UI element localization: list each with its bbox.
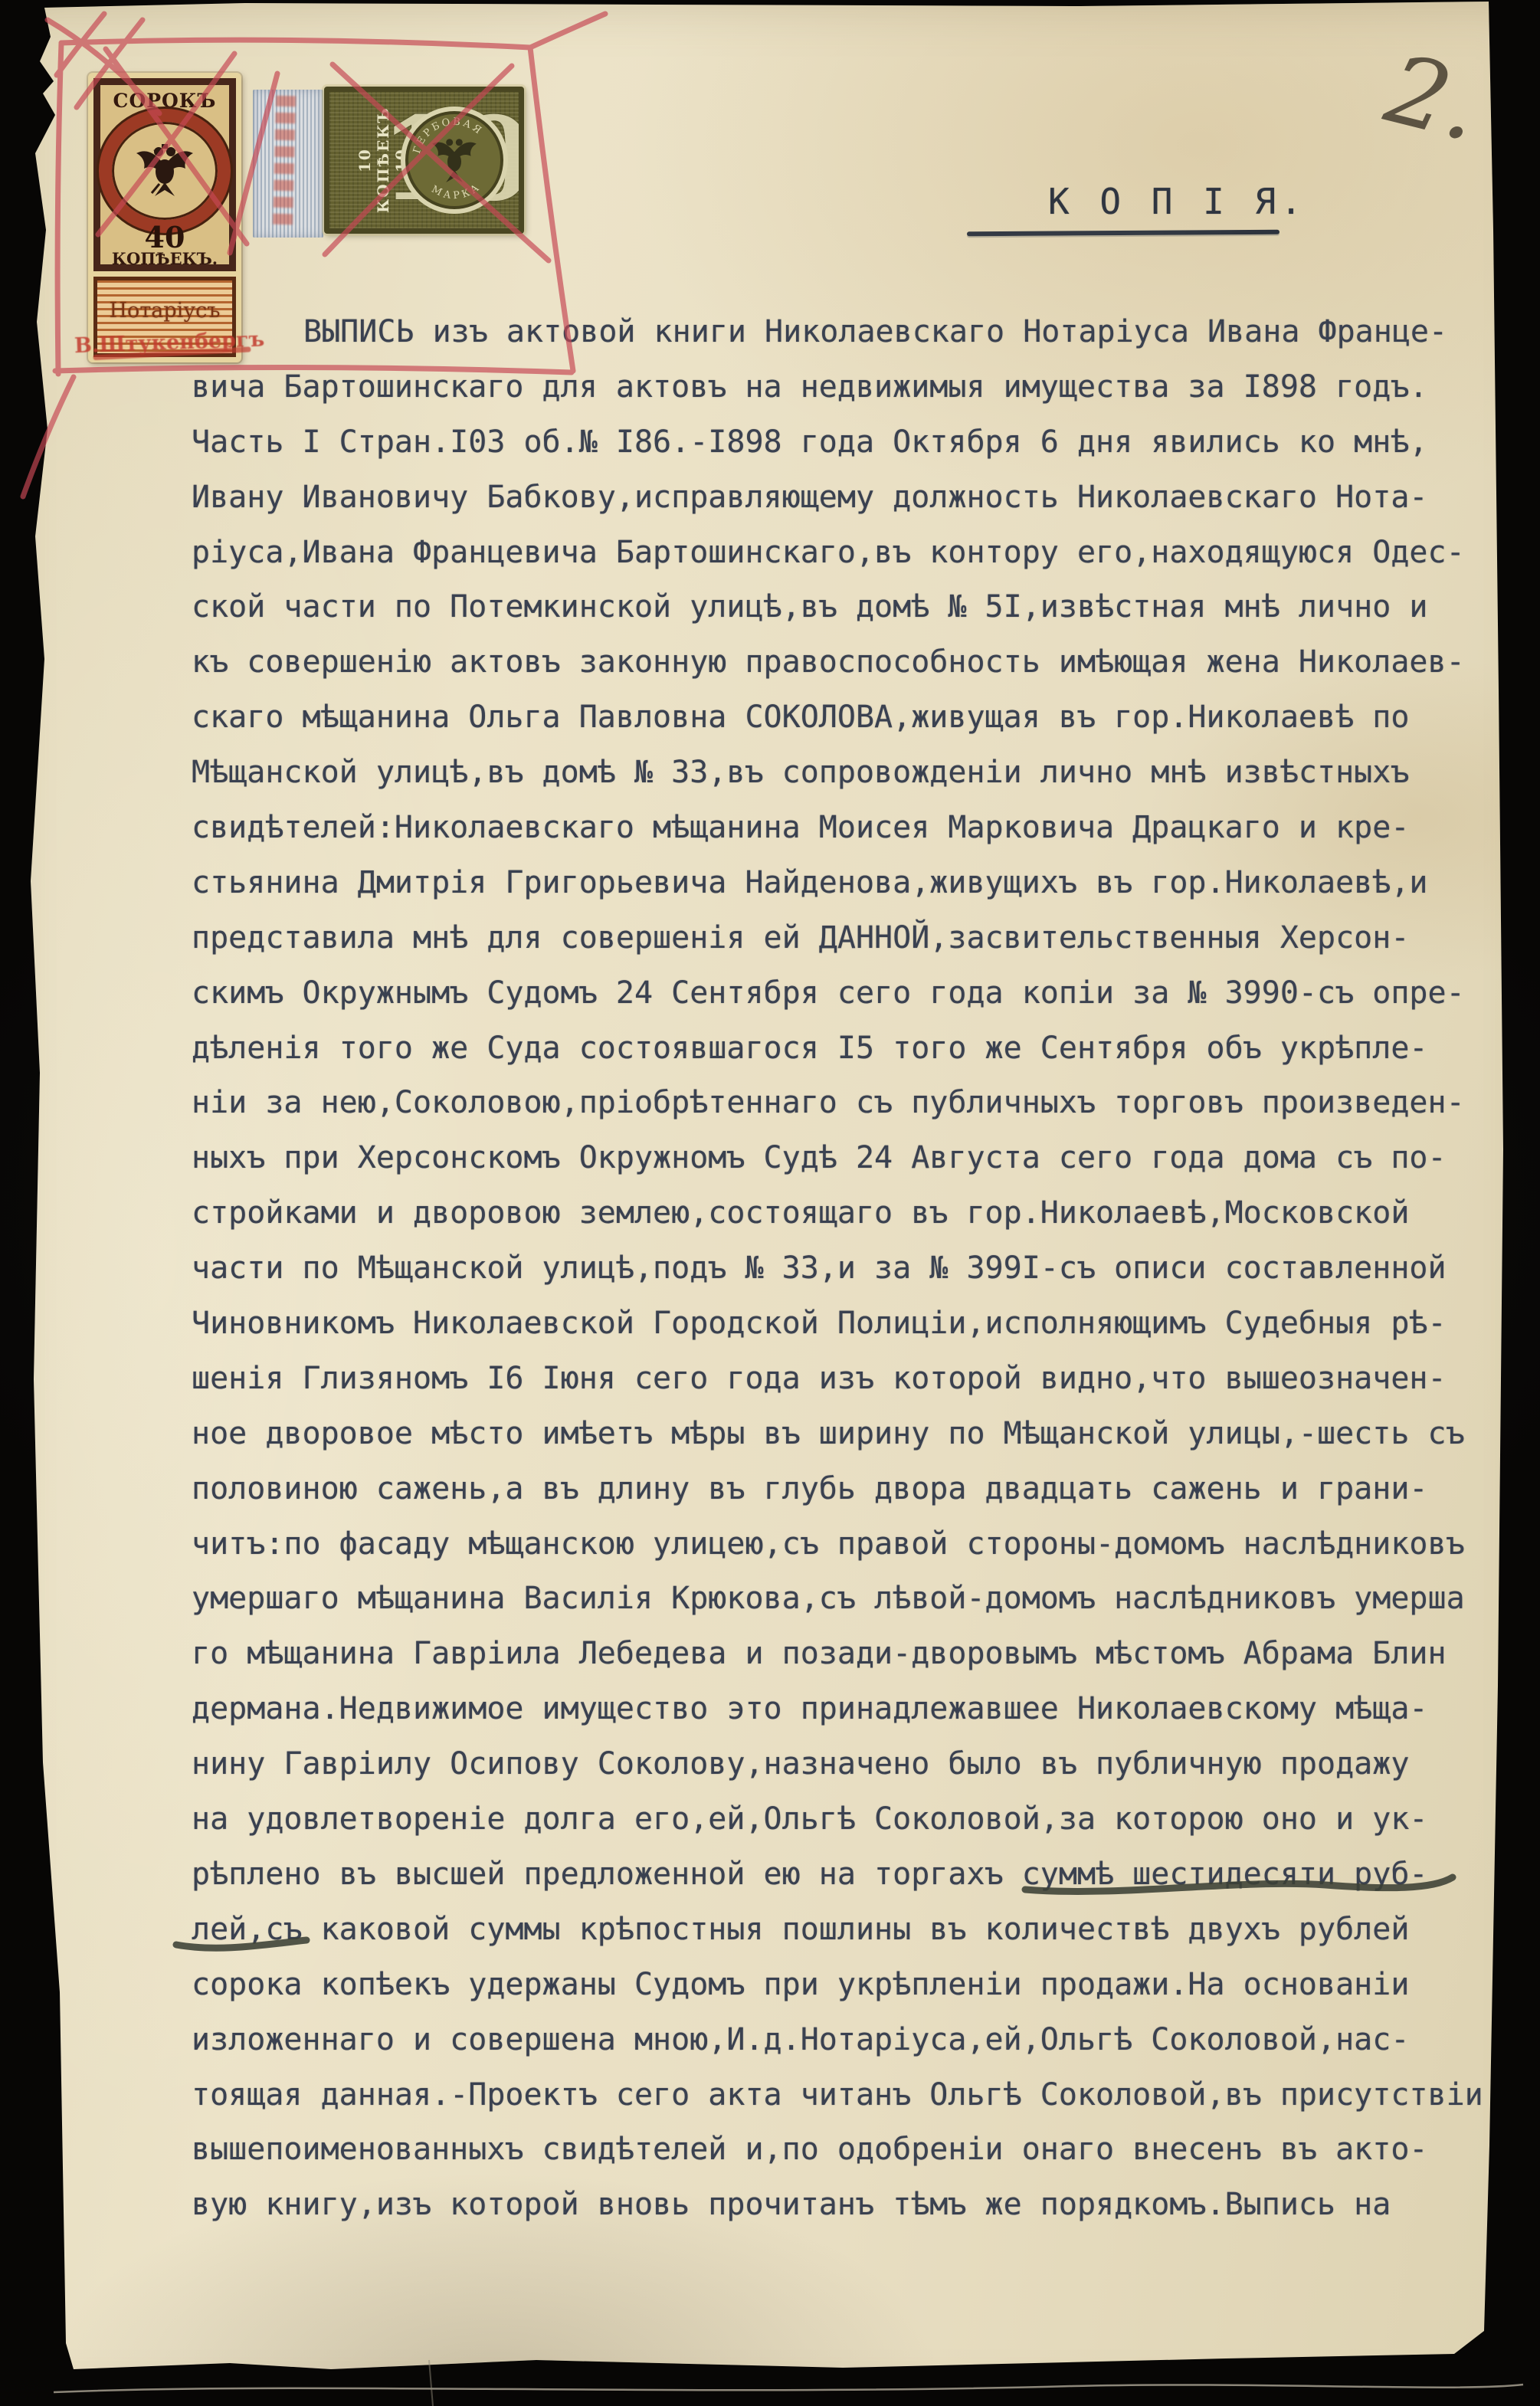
- text-line-22: половиною сажень,а въ длину въ глубь дво…: [192, 1462, 1503, 1517]
- text-line-16: ныхъ при Херсонскомъ Окружномъ Судѣ 24 А…: [192, 1131, 1503, 1186]
- stamp-side-value-text: 10 КОПѢЕКЪ 10: [356, 97, 382, 224]
- vertical-red-overprint: [273, 96, 297, 231]
- text-line-31: сорока копѣекъ удержаны Судомъ при укрѣп…: [192, 1958, 1503, 2013]
- text-line-1: ВЫПИСЬ изъ актовой книги Николаевскаго Н…: [192, 305, 1503, 360]
- text-line-7: къ совершенію актовъ законную правоспосо…: [192, 635, 1503, 690]
- text-line-9: Мѣщанской улицѣ,въ домѣ № 33,въ сопровож…: [192, 746, 1503, 801]
- text-line-19: Чиновникомъ Николаевской Городской Полиц…: [192, 1296, 1503, 1352]
- text-line-6: ской части по Потемкинской улицѣ,въ домѣ…: [192, 580, 1503, 635]
- stamp-kopeck-text: КОПѢЕКЪ.: [100, 249, 229, 268]
- scanned-document-photo: { "page": { "number_handwritten": "2.", …: [0, 0, 1540, 2406]
- text-line-28: на удовлетвореніе долга его,ей,Ольгѣ Сок…: [192, 1792, 1503, 1847]
- text-line-18: части по Мѣщанской улицѣ,подъ № 33,и за …: [192, 1241, 1503, 1296]
- text-line-13: скимъ Окружнымъ Судомъ 24 Сентября сего …: [192, 966, 1503, 1021]
- text-line-26: дермана.Недвижимое имущество это принадл…: [192, 1682, 1503, 1737]
- text-line-25: го мѣщанина Гавріила Лебедева и позади-д…: [192, 1627, 1503, 1682]
- text-line-27: нину Гавріилу Осипову Соколову,назначено…: [192, 1737, 1503, 1792]
- text-line-4: Ивану Ивановичу Бабкову,исправляющему до…: [192, 470, 1503, 526]
- text-line-12: представила мнѣ для совершенія ей ДАННОЙ…: [192, 911, 1503, 966]
- stamp-oval-ring: [99, 109, 231, 233]
- text-line-24: умершаго мѣщанина Василія Крюкова,съ лѣв…: [192, 1572, 1503, 1627]
- text-line-17: стройками и дворовою землею,состоящаго в…: [192, 1186, 1503, 1241]
- text-line-35: вую книгу,изъ которой вновь прочитанъ тѣ…: [192, 2178, 1503, 2233]
- text-line-20: шенія Глизяномъ I6 Іюня сего года изъ ко…: [192, 1352, 1503, 1407]
- double-headed-eagle-icon: [132, 143, 198, 199]
- text-line-23: читъ:по фасаду мѣщанскою улицею,съ право…: [192, 1517, 1503, 1572]
- eagle-and-arc-text-icon: ГЕРБОВАЯ МАРКА: [405, 111, 503, 209]
- text-line-8: скаго мѣщанина Ольга Павловна СОКОЛОВА,ж…: [192, 690, 1503, 746]
- revenue-stamp-40k-face: СОРОКЪ 40 КОПѢЕКЪ.: [93, 78, 236, 271]
- text-line-2: вича Бартошинскаго для актовъ на недвижи…: [192, 360, 1503, 415]
- violet-handstamp-panel: [253, 90, 323, 238]
- text-line-33: тоящая данная.-Проектъ сего акта читанъ …: [192, 2068, 1503, 2123]
- text-line-5: ріуса,Ивана Францевича Бартошинскаго,въ …: [192, 526, 1503, 581]
- typewritten-text-block: ВЫПИСЬ изъ актовой книги Николаевскаго Н…: [192, 305, 1503, 2233]
- text-line-15: ніи за нею,Соколовою,пріобрѣтеннаго съ п…: [192, 1076, 1503, 1131]
- text-line-29: рѣплено въ высшей предложенной ею на тор…: [192, 1847, 1503, 1903]
- text-line-21: ное дворовое мѣсто имѣетъ мѣры въ ширину…: [192, 1407, 1503, 1462]
- revenue-stamp-10k: 10 КОПѢЕКЪ 10 10 ГЕРБОВАЯ МАРКА: [324, 87, 524, 234]
- text-line-14: дѣленія того же Суда состоявшагося I5 то…: [192, 1021, 1503, 1077]
- stamp-medallion: ГЕРБОВАЯ МАРКА: [401, 107, 508, 214]
- text-line-34: вышепоименованныхъ свидѣтелей и,по одобр…: [192, 2122, 1503, 2178]
- text-line-32: изложеннаго и совершена мною,И.д.Нотаріу…: [192, 2013, 1503, 2068]
- text-line-30: лей,съ каковой суммы крѣпостныя пошлины …: [192, 1903, 1503, 1958]
- svg-text:МАРКА: МАРКА: [430, 181, 484, 202]
- document-title: К О П І Я.: [1048, 181, 1306, 222]
- text-line-11: стьянина Дмитрія Григорьевича Найденова,…: [192, 856, 1503, 911]
- text-line-10: свидѣтелей:Николаевскаго мѣщанина Моисея…: [192, 801, 1503, 856]
- text-line-3: Часть I Стран.I03 об.№ I86.-I898 года Ок…: [192, 415, 1503, 470]
